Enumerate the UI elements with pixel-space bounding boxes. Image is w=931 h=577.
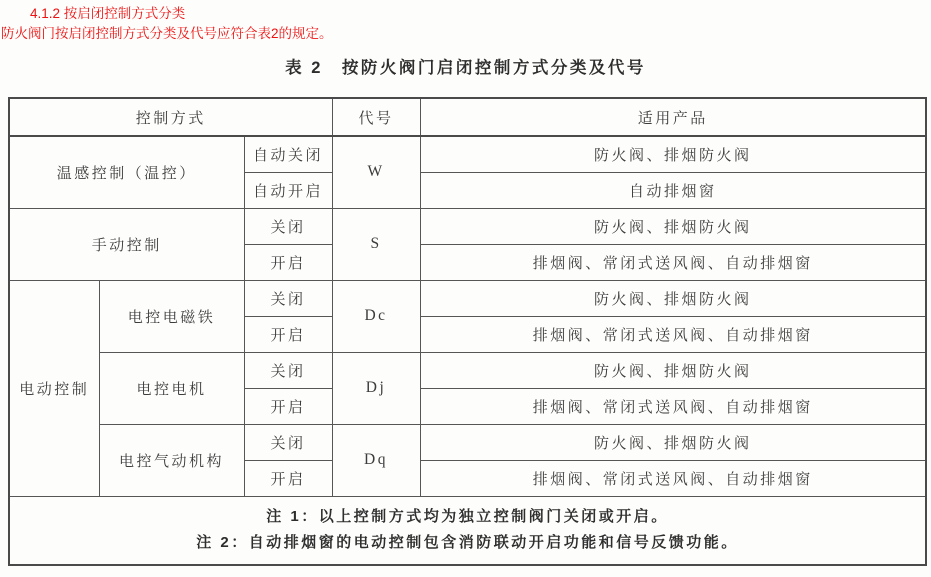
table-title: 表 2 按防火阀门启闭控制方式分类及代号 [0,54,931,78]
products-cell: 防火阀、排烟防火阀 [420,136,926,172]
submethod-cell-solenoid: 电控电磁铁 [99,280,244,352]
classification-table: 控制方式 代号 适用产品 温感控制（温控） 自动关闭 W 防火阀、排烟防火阀 自… [8,97,927,566]
header-control-method: 控制方式 [9,98,332,136]
code-cell-dq: Dq [332,424,420,496]
products-cell: 自动排烟窗 [420,172,926,208]
products-cell: 防火阀、排烟防火阀 [420,280,926,316]
table-notes: 注 1：以上控制方式均为独立控制阀门关闭或开启。 注 2：自动排烟窗的电动控制包… [9,496,926,565]
code-cell-dj: Dj [332,352,420,424]
header-code: 代号 [332,98,420,136]
note-1-label: 注 1： [266,508,319,525]
table-header-row: 控制方式 代号 适用产品 [9,98,926,136]
action-cell: 开启 [244,388,332,424]
action-cell: 开启 [244,460,332,496]
table-notes-row: 注 1：以上控制方式均为独立控制阀门关闭或开启。 注 2：自动排烟窗的电动控制包… [9,496,926,565]
products-cell: 排烟阀、常闭式送风阀、自动排烟窗 [420,388,926,424]
action-cell: 关闭 [244,280,332,316]
action-cell: 关闭 [244,424,332,460]
document-page: 4.1.2 按启闭控制方式分类 防火阀门按启闭控制方式分类及代号应符合表2的规定… [0,0,931,577]
products-cell: 防火阀、排烟防火阀 [420,424,926,460]
products-cell: 排烟阀、常闭式送风阀、自动排烟窗 [420,460,926,496]
action-cell: 开启 [244,244,332,280]
section-paragraph: 防火阀门按启闭控制方式分类及代号应符合表2的规定。 [1,25,333,43]
method-cell-manual: 手动控制 [9,208,244,280]
note-1-text: 以上控制方式均为独立控制阀门关闭或开启。 [319,508,669,525]
table-row: 电控电机 关闭 Dj 防火阀、排烟防火阀 [9,352,926,388]
products-cell: 防火阀、排烟防火阀 [420,352,926,388]
table-row: 温感控制（温控） 自动关闭 W 防火阀、排烟防火阀 [9,136,926,172]
products-cell: 排烟阀、常闭式送风阀、自动排烟窗 [420,244,926,280]
action-cell: 关闭 [244,352,332,388]
method-cell-thermal: 温感控制（温控） [9,136,244,208]
note-2-label: 注 2： [196,534,249,551]
section-heading: 4.1.2 按启闭控制方式分类 [30,5,185,23]
products-cell: 排烟阀、常闭式送风阀、自动排烟窗 [420,316,926,352]
action-cell: 关闭 [244,208,332,244]
action-cell: 开启 [244,316,332,352]
note-1: 注 1：以上控制方式均为独立控制阀门关闭或开启。 [10,504,925,530]
code-cell-s: S [332,208,420,280]
header-products: 适用产品 [420,98,926,136]
method-cell-electric: 电动控制 [9,280,99,496]
code-cell-dc: Dc [332,280,420,352]
action-cell: 自动关闭 [244,136,332,172]
note-2: 注 2：自动排烟窗的电动控制包含消防联动开启功能和信号反馈功能。 [10,530,925,556]
note-2-text: 自动排烟窗的电动控制包含消防联动开启功能和信号反馈功能。 [249,534,739,551]
code-cell-w: W [332,136,420,208]
table-row: 手动控制 关闭 S 防火阀、排烟防火阀 [9,208,926,244]
action-cell: 自动开启 [244,172,332,208]
products-cell: 防火阀、排烟防火阀 [420,208,926,244]
table-row: 电动控制 电控电磁铁 关闭 Dc 防火阀、排烟防火阀 [9,280,926,316]
table-row: 电控气动机构 关闭 Dq 防火阀、排烟防火阀 [9,424,926,460]
submethod-cell-motor: 电控电机 [99,352,244,424]
submethod-cell-pneumatic: 电控气动机构 [99,424,244,496]
